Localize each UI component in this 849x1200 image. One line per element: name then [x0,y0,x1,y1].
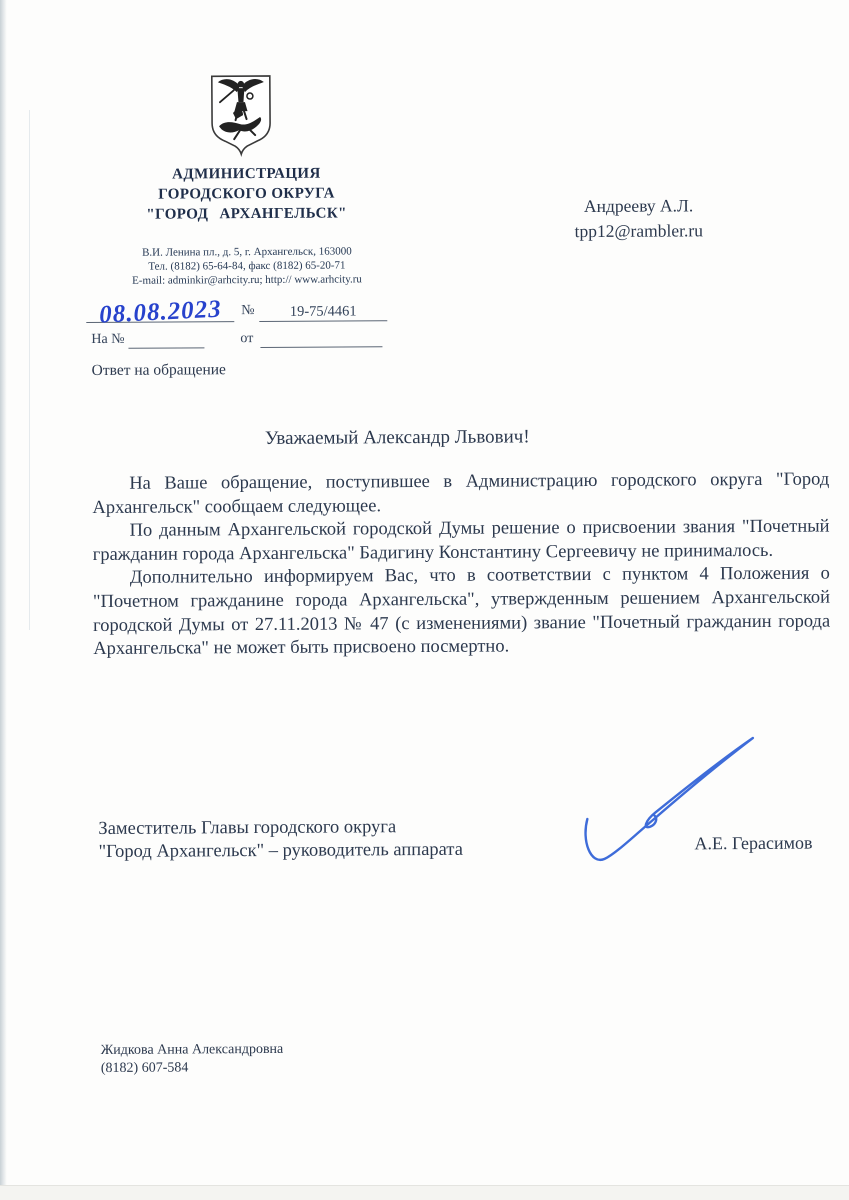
outgoing-date-field: 08.08.2023 [86,297,234,323]
letter-paragraph: На Ваше обращение, поступившее в Админис… [92,469,829,521]
org-name-line-3: "ГОРОД АРХАНГЕЛЬСК" [102,203,392,225]
executor-phone: (8182) 607-584 [101,1058,284,1077]
executor-block: Жидкова Анна Александровна (8182) 607-58… [101,1041,284,1077]
recipient-email: tpp12@rambler.ru [550,218,728,244]
salutation: Уважаемый Александр Львович! [265,426,530,450]
signer-position-line-2: "Город Архангельск" – руководитель аппар… [98,838,462,863]
handwritten-signature-ink [573,726,769,877]
outgoing-number: 19-75/4461 [290,303,357,320]
number-sign-label: № [241,303,254,319]
reply-number-label: На № [91,332,124,348]
org-name-line-2: ГОРОДСКОГО ОКРУГА [101,183,391,205]
recipient-block: Андрееву А.Л. tpp12@rambler.ru [550,193,728,244]
reply-number-field [128,325,204,348]
outgoing-number-field: 19-75/4461 [259,298,387,322]
reply-date-field [260,324,382,348]
letter-content: АДМИНИСТРАЦИЯ ГОРОДСКОГО ОКРУГА "ГОРОД А… [0,0,849,1200]
org-name-line-1: АДМИНИСТРАЦИЯ [101,163,391,185]
letterhead-org-name: АДМИНИСТРАЦИЯ ГОРОДСКОГО ОКРУГА "ГОРОД А… [101,163,391,225]
scanned-letter-page: АДМИНИСТРАЦИЯ ГОРОДСКОГО ОКРУГА "ГОРОД А… [0,0,849,1200]
coat-of-arms-arkhangelsk-icon [207,73,276,157]
signer-name: А.Е. Герасимов [694,833,812,855]
letter-paragraph: Дополнительно информируем Вас, что в соо… [93,563,831,662]
letter-subject: Ответ на обращение [92,361,226,380]
letterhead-contact-block: В.И. Ленина пл., д. 5, г. Архангельск, 1… [72,244,422,288]
letter-body: На Ваше обращение, поступившее в Админис… [92,469,830,662]
email-web-line: E-mail: adminkir@arhcity.ru; http:// www… [72,272,422,288]
reply-date-label: от [240,331,253,347]
signer-position-line-1: Заместитель Главы городского округа [98,816,462,841]
recipient-name: Андрееву А.Л. [550,193,728,219]
executor-name: Жидкова Анна Александровна [101,1041,284,1060]
letter-paragraph: По данным Архангельской городской Думы р… [93,516,830,568]
signer-position-block: Заместитель Главы городского округа "Гор… [98,816,463,863]
